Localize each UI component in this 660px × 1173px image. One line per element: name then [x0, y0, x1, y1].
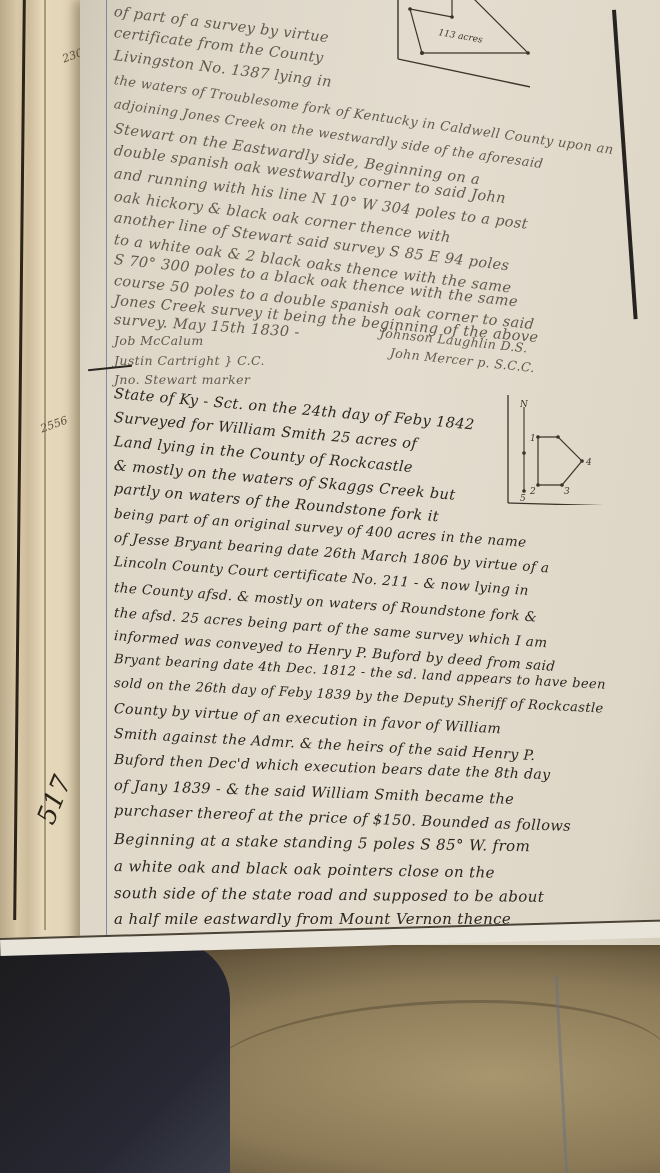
svg-text:5: 5 — [520, 494, 526, 504]
page-fold-shadow — [612, 10, 638, 320]
svg-text:3: 3 — [564, 487, 570, 497]
entry-2-line: south side of the state road and suppose… — [114, 884, 544, 906]
svg-text:2: 2 — [529, 487, 536, 497]
plat-2-north-label: N — [519, 400, 529, 410]
svg-text:4: 4 — [585, 458, 592, 468]
entry-2-line: purchaser thereof at the price of $150. … — [114, 803, 572, 835]
marker: Jno. Stewart marker — [114, 372, 250, 387]
dark-fabric-shadow — [0, 940, 230, 1173]
plat-diagram-1: 113 acres — [390, 0, 530, 95]
plat-diagram-2: N 1 2 3 4 5 — [502, 395, 652, 505]
margin-note-bottom: 517 — [32, 771, 78, 828]
chain-carrier-2: Justin Cartright } C.C. — [114, 353, 265, 368]
chain-carrier-1: Job McCalum — [114, 333, 204, 348]
entry-2-line: a white oak and black oak pointers close… — [114, 857, 495, 882]
plat-1-area-label: 113 acres — [437, 28, 483, 46]
ledger-page: 113 acres of part of a survey by virtue … — [80, 0, 660, 945]
entry-2-line-beginning: Beginning at a stake standing 5 poles S … — [114, 830, 531, 855]
page-edge-line — [13, 0, 26, 920]
photo-scene: 2305 2556 517 113 acres of part of a sur… — [0, 0, 660, 1173]
entry-2-line: of Jany 1839 - & the said William Smith … — [114, 778, 515, 808]
margin-rule — [106, 0, 107, 945]
svg-text:1: 1 — [530, 434, 536, 444]
